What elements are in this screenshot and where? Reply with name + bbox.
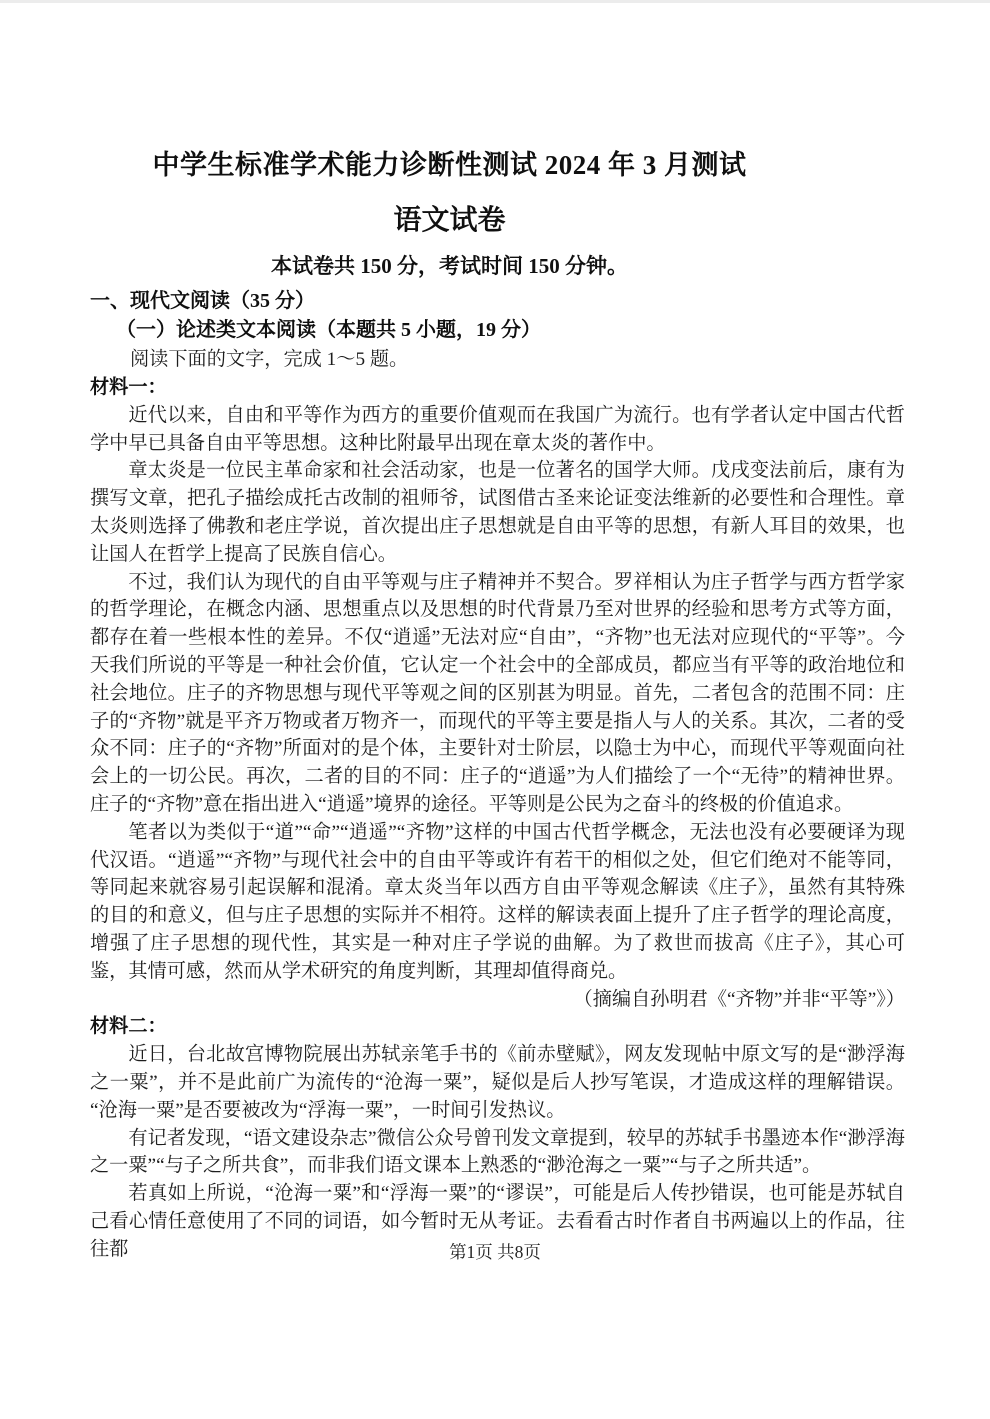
material-two-paragraph: 有记者发现，“语文建设杂志”微信公众号曾刊发文章提到，较早的苏轼手书墨迹本作“渺… xyxy=(90,1125,905,1181)
material-one-paragraph: 笔者以为类似于“道”“命”“逍遥”“齐物”这样的中国古代哲学概念，无法也没有必要… xyxy=(90,819,905,986)
paper-header: 中学生标准学术能力诊断性测试 2024 年 3 月测试 语文试卷 本试卷共 15… xyxy=(90,145,809,281)
exam-paper-page: 中学生标准学术能力诊断性测试 2024 年 3 月测试 语文试卷 本试卷共 15… xyxy=(0,0,990,1419)
page-footer: 第1页 共8页 xyxy=(0,1241,990,1263)
material-two-label: 材料二： xyxy=(90,1013,905,1041)
paper-body: 一、现代文阅读（35 分） （一）论述类文本阅读（本题共 5 小题，19 分） … xyxy=(90,287,905,1264)
material-one-label: 材料一： xyxy=(90,374,905,402)
material-one-paragraph: 近代以来，自由和平等作为西方的重要价值观而在我国广为流行。也有学者认定中国古代哲… xyxy=(90,402,905,458)
material-one-paragraph: 不过，我们认为现代的自由平等观与庄子精神并不契合。罗祥相认为庄子哲学与西方哲学家… xyxy=(90,569,905,819)
material-one-paragraphs: 近代以来，自由和平等作为西方的重要价值观而在我国广为流行。也有学者认定中国古代哲… xyxy=(90,402,905,986)
material-two-paragraphs: 近日，台北故宫博物院展出苏轼亲笔手书的《前赤壁赋》，网友发现帖中原文写的是“渺浮… xyxy=(90,1041,905,1263)
material-two-paragraph: 近日，台北故宫博物院展出苏轼亲笔手书的《前赤壁赋》，网友发现帖中原文写的是“渺浮… xyxy=(90,1041,905,1124)
reading-instruction: 阅读下面的文字，完成 1～5 题。 xyxy=(90,345,905,374)
exam-info-line: 本试卷共 150 分，考试时间 150 分钟。 xyxy=(90,251,809,281)
paper-subject: 语文试卷 xyxy=(90,201,809,241)
subsection-heading: （一）论述类文本阅读（本题共 5 小题，19 分） xyxy=(90,316,905,345)
section-one-heading: 一、现代文阅读（35 分） xyxy=(90,287,905,316)
material-one-paragraph: 章太炎是一位民主革命家和社会活动家，也是一位著名的国学大师。戊戌变法前后，康有为… xyxy=(90,457,905,568)
paper-title: 中学生标准学术能力诊断性测试 2024 年 3 月测试 xyxy=(90,145,809,185)
material-one-attribution: （摘编自孙明君《“齐物”并非“平等”》） xyxy=(90,986,905,1014)
page-number-indicator: 第1页 共8页 xyxy=(0,1241,990,1263)
